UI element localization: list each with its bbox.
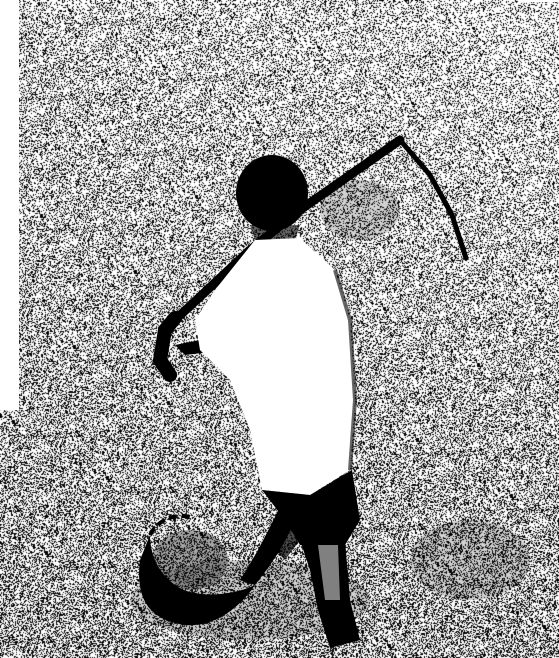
- top-right-margin: [519, 0, 559, 2]
- left-margin: [0, 0, 19, 410]
- neck: [250, 225, 300, 240]
- photo-subject: [0, 0, 559, 658]
- head: [236, 155, 308, 231]
